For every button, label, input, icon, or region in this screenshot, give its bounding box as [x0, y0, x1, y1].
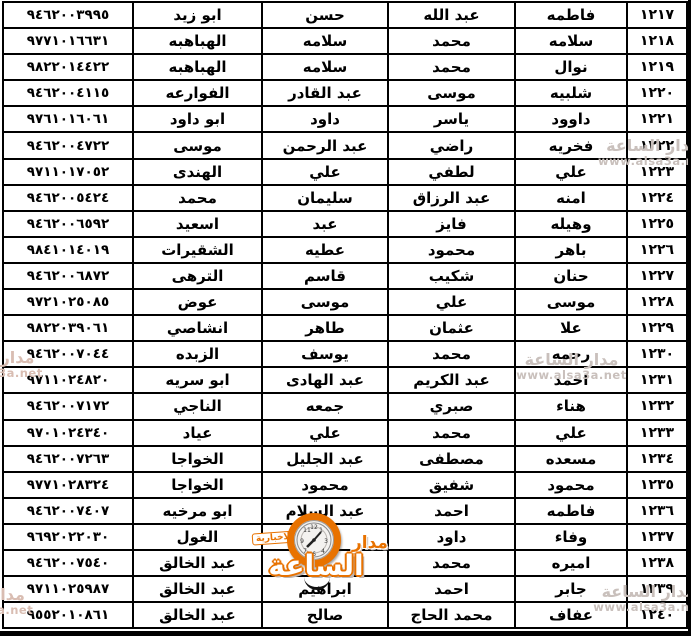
cell-serial-number: ١٢٢٥: [627, 211, 687, 237]
cell-first-name: فاطمه: [515, 2, 627, 28]
cell-first-name: باهر: [515, 237, 627, 263]
cell-first-name: هناء: [515, 393, 627, 419]
cell-first-name: فاطمه: [515, 498, 627, 524]
cell-family-name: ابو زيد: [133, 2, 262, 28]
cell-middle-name: شكيب: [388, 263, 515, 289]
cell-family-name: الترهى: [133, 263, 262, 289]
cell-middle-name: محمد: [388, 54, 515, 80]
cell-first-name: داوود: [515, 106, 627, 132]
cell-serial-number: ١٢١٩: [627, 54, 687, 80]
cell-first-name: اميره: [515, 550, 627, 576]
cell-id-number: ٩٥٥٢٠١٠٨٦١: [3, 602, 133, 628]
cell-family-name: الهباهبه: [133, 54, 262, 80]
cell-second-name: يوسف: [262, 341, 388, 367]
cell-first-name: شلبيه: [515, 80, 627, 106]
cell-second-name: [262, 524, 388, 550]
cell-serial-number: ١٢٢٦: [627, 237, 687, 263]
cell-id-number: ٩٧٧١٠١٦٦٣١: [3, 28, 133, 54]
cell-second-name: عطيه: [262, 237, 388, 263]
cell-middle-name: عثمان: [388, 315, 515, 341]
cell-id-number: ٩٧١١٠٢٥٩٨٧: [3, 576, 133, 602]
cell-first-name: سلامه: [515, 28, 627, 54]
cell-id-number: ٩٧١١٠١٧٠٥٢: [3, 159, 133, 185]
cell-middle-name: محمد: [388, 550, 515, 576]
cell-id-number: ٩٤٦٢٠٠٧٥٤٠: [3, 550, 133, 576]
cell-id-number: ٩٧٧١٠٢٨٣٢٤: [3, 472, 133, 498]
cell-serial-number: ١٢٣٠: [627, 341, 687, 367]
cell-family-name: الشقيرات: [133, 237, 262, 263]
cell-id-number: ٩٨٢٢٠١٤٤٢٢: [3, 54, 133, 80]
cell-first-name: امنه: [515, 185, 627, 211]
cell-second-name: سلامه: [262, 28, 388, 54]
cell-first-name: رحمه: [515, 341, 627, 367]
cell-second-name: حسن: [262, 2, 388, 28]
table-row: ٩٧١١٠١٧٠٥٢ الهندى علي لطفي علي ١٢٢٣: [3, 159, 687, 185]
cell-id-number: ٩٤٦٢٠٠٦٥٩٢: [3, 211, 133, 237]
cell-middle-name: احمد: [388, 576, 515, 602]
table-row: ٩٤٦٢٠٠٤٧٢٢ موسى عبد الرحمن راضي فخريه ١٢…: [3, 132, 687, 158]
cell-first-name: وفاء: [515, 524, 627, 550]
cell-first-name: علي: [515, 420, 627, 446]
cell-second-name: جمعه: [262, 393, 388, 419]
cell-second-name: عبد السلام: [262, 498, 388, 524]
table-row: ٩٤٦٢٠٠٣٩٩٥ ابو زيد حسن عبد الله فاطمه ١٢…: [3, 2, 687, 28]
cell-first-name: فخريه: [515, 132, 627, 158]
cell-serial-number: ١٢٣٣: [627, 420, 687, 446]
cell-first-name: وهيله: [515, 211, 627, 237]
cell-second-name: عبد الرحمن: [262, 132, 388, 158]
cell-middle-name: محمود: [388, 237, 515, 263]
table-row: ٩٤٦٢٠٠٧٢٦٣ الخواجا عبد الجليل مصطفى مسعد…: [3, 446, 687, 472]
cell-family-name: انشاصي: [133, 315, 262, 341]
cell-first-name: علي: [515, 159, 627, 185]
cell-first-name: حنان: [515, 263, 627, 289]
cell-second-name: قاسم: [262, 263, 388, 289]
cell-id-number: ٩٤٦٢٠٠٥٤٢٤: [3, 185, 133, 211]
cell-first-name: علا: [515, 315, 627, 341]
cell-family-name: اسعيد: [133, 211, 262, 237]
cell-middle-name: راضي: [388, 132, 515, 158]
cell-middle-name: عبد الرزاق: [388, 185, 515, 211]
cell-family-name: الخواجا: [133, 472, 262, 498]
cell-first-name: مسعده: [515, 446, 627, 472]
cell-middle-name: فايز: [388, 211, 515, 237]
cell-family-name: عبد الخالق: [133, 550, 262, 576]
table-row: ٩٧٦١٠١٦٠٦١ ابو داود داود ياسر داوود ١٢٢١: [3, 106, 687, 132]
table-row: ٩٤٦٢٠٠٧٥٤٠ عبد الخالق محمد اميره ١٢٣٨: [3, 550, 687, 576]
cell-serial-number: ١٢٣٩: [627, 576, 687, 602]
table-row: ٩٨٢٢٠٣٩٠٦١ انشاصي طاهر عثمان علا ١٢٢٩: [3, 315, 687, 341]
table-row: ٩٧٢١٠٢٥٠٨٥ عوض موسى علي موسى ١٢٢٨: [3, 289, 687, 315]
cell-id-number: ٩٤٦٢٠٠٧٢٦٣: [3, 446, 133, 472]
cell-id-number: ٩٤٦٢٠٠٤٧٢٢: [3, 132, 133, 158]
table-row: ٩٤٦٢٠٠٤١١٥ الفوارعه عبد القادر موسى شلبي…: [3, 80, 687, 106]
cell-id-number: ٩٤٦٢٠٠٦٨٧٢: [3, 263, 133, 289]
cell-serial-number: ١٢٢٣: [627, 159, 687, 185]
cell-family-name: الفوارعه: [133, 80, 262, 106]
cell-second-name: موسى: [262, 289, 388, 315]
cell-middle-name: عبد الكريم: [388, 367, 515, 393]
cell-family-name: الهندى: [133, 159, 262, 185]
cell-middle-name: محمد: [388, 341, 515, 367]
cell-first-name: عفاف: [515, 602, 627, 628]
table-row: ٩٤٦٢٠٠٧٤٠٧ ابو مرخيه عبد السلام احمد فاط…: [3, 498, 687, 524]
cell-first-name: محمود: [515, 472, 627, 498]
cell-middle-name: مصطفى: [388, 446, 515, 472]
table-row: ٩٧١١٠٢٤٨٢٠ ابو سريه عبد الهادى عبد الكري…: [3, 367, 687, 393]
cell-family-name: ابو داود: [133, 106, 262, 132]
cell-serial-number: ١٢٣٢: [627, 393, 687, 419]
table-row: ٩٧٠١٠٢٤٣٤٠ عياد علي محمد علي ١٢٣٣: [3, 420, 687, 446]
cell-serial-number: ١٢٣٥: [627, 472, 687, 498]
cell-second-name: داود: [262, 106, 388, 132]
cell-serial-number: ١٢١٧: [627, 2, 687, 28]
cell-second-name: سليمان: [262, 185, 388, 211]
cell-family-name: الزبده: [133, 341, 262, 367]
cell-id-number: ٩٧٦١٠١٦٠٦١: [3, 106, 133, 132]
cell-middle-name: شفيق: [388, 472, 515, 498]
cell-serial-number: ١٢٣٨: [627, 550, 687, 576]
cell-id-number: ٩٤٦٢٠٠٤١١٥: [3, 80, 133, 106]
cell-family-name: عياد: [133, 420, 262, 446]
cell-middle-name: احمد: [388, 498, 515, 524]
cell-second-name: [262, 550, 388, 576]
cell-first-name: نوال: [515, 54, 627, 80]
table-row: ٩٤٦٢٠٠٦٥٩٢ اسعيد عبد فايز وهيله ١٢٢٥: [3, 211, 687, 237]
cell-first-name: احمد: [515, 367, 627, 393]
cell-second-name: طاهر: [262, 315, 388, 341]
cell-id-number: ٩٤٦٢٠٠٧١٧٢: [3, 393, 133, 419]
cell-serial-number: ١٢٣١: [627, 367, 687, 393]
cell-serial-number: ١٢٢٧: [627, 263, 687, 289]
table-row: ٩٤٦٢٠٠٦٨٧٢ الترهى قاسم شكيب حنان ١٢٢٧: [3, 263, 687, 289]
table-row: ٩٤٦٢٠٠٧٠٤٤ الزبده يوسف محمد رحمه ١٢٣٠: [3, 341, 687, 367]
cell-family-name: محمد: [133, 185, 262, 211]
cell-family-name: عبد الخالق: [133, 576, 262, 602]
cell-id-number: ٩٤٦٢٠٠٧٤٠٧: [3, 498, 133, 524]
cell-family-name: عبد الخالق: [133, 602, 262, 628]
cell-serial-number: ١٢٢٩: [627, 315, 687, 341]
cell-second-name: سلامه: [262, 54, 388, 80]
cell-serial-number: ١٢٣٤: [627, 446, 687, 472]
cell-second-name: عبد الجليل: [262, 446, 388, 472]
cell-second-name: علي: [262, 420, 388, 446]
cell-middle-name: موسى: [388, 80, 515, 106]
table-row: ٩٥٥٢٠١٠٨٦١ عبد الخالق صالح محمد الحاج عف…: [3, 602, 687, 628]
table-row: ٩٧١١٠٢٥٩٨٧ عبد الخالق ابراهيم احمد جابر …: [3, 576, 687, 602]
cell-serial-number: ١٢٢١: [627, 106, 687, 132]
cell-serial-number: ١٢٢٠: [627, 80, 687, 106]
cell-second-name: علي: [262, 159, 388, 185]
cell-family-name: موسى: [133, 132, 262, 158]
cell-id-number: ٩٧٢١٠٢٥٠٨٥: [3, 289, 133, 315]
cell-second-name: عبد: [262, 211, 388, 237]
cell-serial-number: ١٢٣٧: [627, 524, 687, 550]
cell-middle-name: محمد: [388, 28, 515, 54]
scanned-names-list-page: ٩٤٦٢٠٠٣٩٩٥ ابو زيد حسن عبد الله فاطمه ١٢…: [0, 0, 691, 636]
cell-family-name: الغول: [133, 524, 262, 550]
cell-second-name: ابراهيم: [262, 576, 388, 602]
cell-middle-name: ياسر: [388, 106, 515, 132]
cell-second-name: محمود: [262, 472, 388, 498]
cell-id-number: ٩٤٦٢٠٠٧٠٤٤: [3, 341, 133, 367]
table-row: ٩٨٤١٠١٤٠١٩ الشقيرات عطيه محمود باهر ١٢٢٦: [3, 237, 687, 263]
table-row: ٩٧٧١٠١٦٦٣١ الهباهبه سلامه محمد سلامه ١٢١…: [3, 28, 687, 54]
cell-family-name: ابو مرخيه: [133, 498, 262, 524]
cell-middle-name: صبري: [388, 393, 515, 419]
table-row: ٩٧٧١٠٢٨٣٢٤ الخواجا محمود شفيق محمود ١٢٣٥: [3, 472, 687, 498]
cell-serial-number: ١٢٣٦: [627, 498, 687, 524]
cell-first-name: جابر: [515, 576, 627, 602]
cell-serial-number: ١٢١٨: [627, 28, 687, 54]
cell-middle-name: علي: [388, 289, 515, 315]
cell-middle-name: داود: [388, 524, 515, 550]
cell-first-name: موسى: [515, 289, 627, 315]
cell-family-name: ابو سريه: [133, 367, 262, 393]
cell-id-number: ٩٨٢٢٠٣٩٠٦١: [3, 315, 133, 341]
names-table: ٩٤٦٢٠٠٣٩٩٥ ابو زيد حسن عبد الله فاطمه ١٢…: [2, 1, 688, 629]
cell-family-name: عوض: [133, 289, 262, 315]
cell-family-name: الخواجا: [133, 446, 262, 472]
cell-second-name: عبد الهادى: [262, 367, 388, 393]
cell-serial-number: ١٢٤٠: [627, 602, 687, 628]
cell-family-name: الهباهبه: [133, 28, 262, 54]
cell-middle-name: عبد الله: [388, 2, 515, 28]
cell-id-number: ٩٧٠١٠٢٤٣٤٠: [3, 420, 133, 446]
cell-family-name: الناجي: [133, 393, 262, 419]
table-row: ٩٤٦٢٠٠٥٤٢٤ محمد سليمان عبد الرزاق امنه ١…: [3, 185, 687, 211]
cell-id-number: ٩٧١١٠٢٤٨٢٠: [3, 367, 133, 393]
cell-serial-number: ١٢٢٨: [627, 289, 687, 315]
cell-serial-number: ١٢٢٤: [627, 185, 687, 211]
table-row: ٩٤٦٢٠٠٧١٧٢ الناجي جمعه صبري هناء ١٢٣٢: [3, 393, 687, 419]
cell-middle-name: محمد: [388, 420, 515, 446]
cell-second-name: عبد القادر: [262, 80, 388, 106]
cell-second-name: صالح: [262, 602, 388, 628]
cell-middle-name: لطفي: [388, 159, 515, 185]
cell-serial-number: ١٢٢٢: [627, 132, 687, 158]
cell-id-number: ٩٦٩٢٠٢٢٠٣٠: [3, 524, 133, 550]
cell-id-number: ٩٤٦٢٠٠٣٩٩٥: [3, 2, 133, 28]
cell-middle-name: محمد الحاج: [388, 602, 515, 628]
cell-id-number: ٩٨٤١٠١٤٠١٩: [3, 237, 133, 263]
table-row: ٩٨٢٢٠١٤٤٢٢ الهباهبه سلامه محمد نوال ١٢١٩: [3, 54, 687, 80]
table-row: ٩٦٩٢٠٢٢٠٣٠ الغول داود وفاء ١٢٣٧: [3, 524, 687, 550]
